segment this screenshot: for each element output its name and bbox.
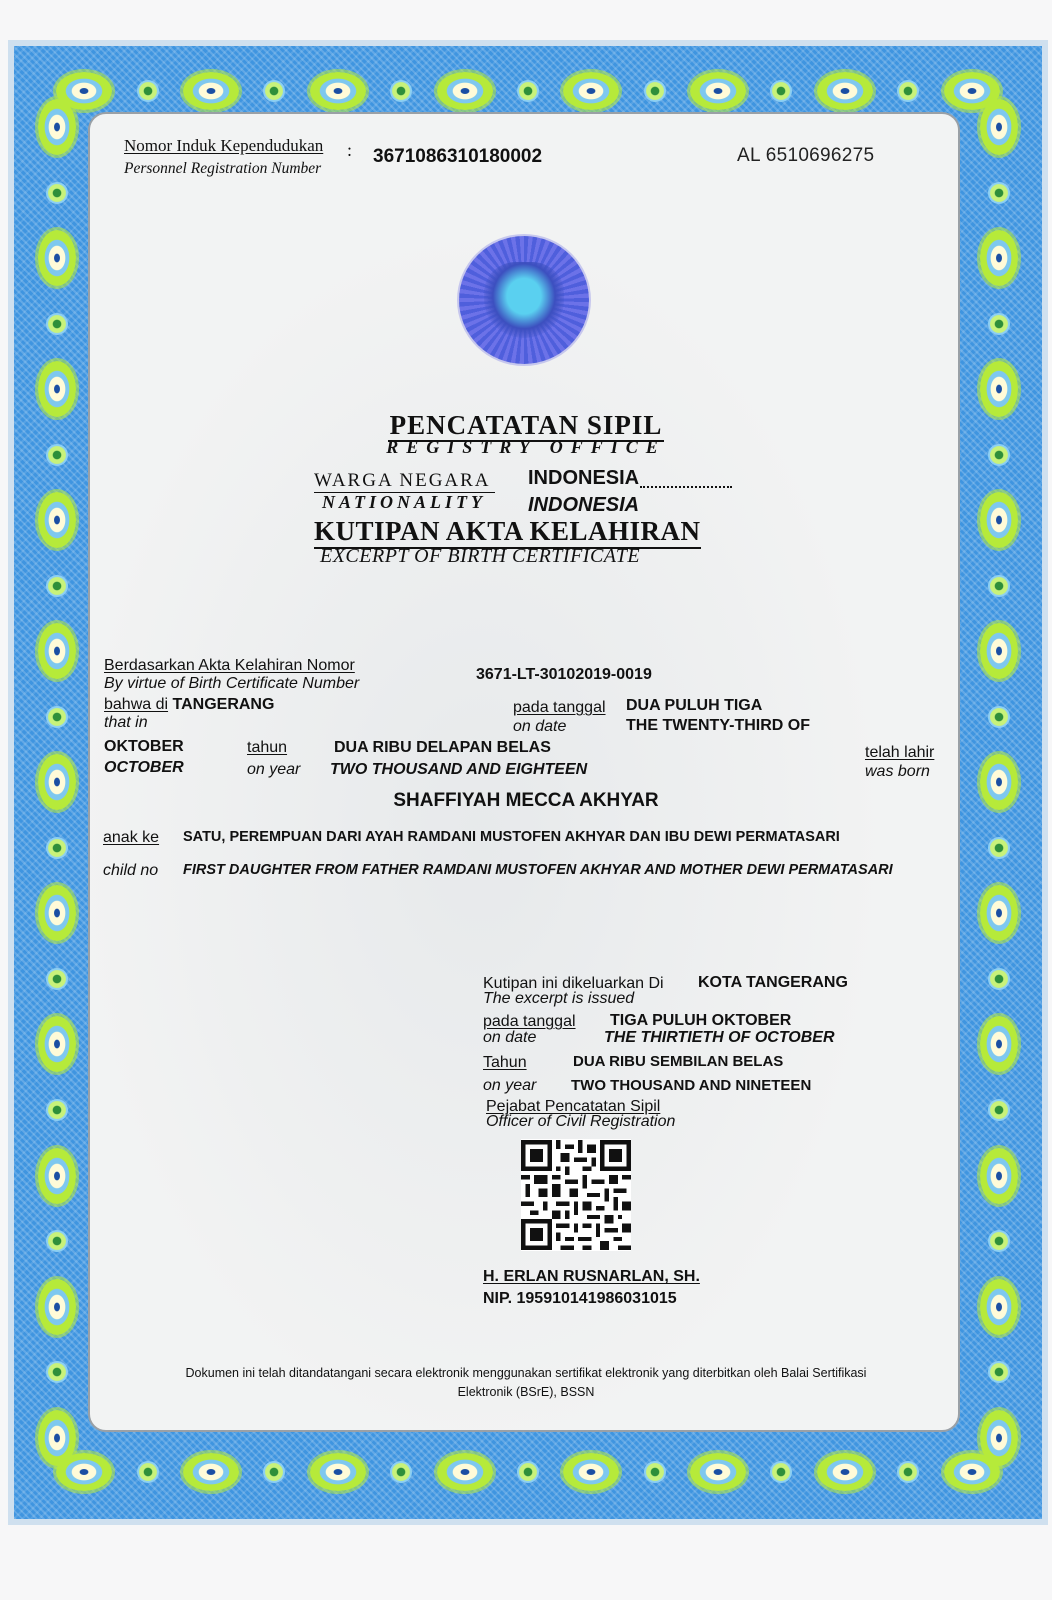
birth-month-en: OCTOBER: [104, 759, 184, 777]
footer-line-1: Dokumen ini telah ditandatangani secara …: [0, 1364, 1052, 1383]
birth-date-value: DUA PULUH TIGA: [626, 697, 762, 715]
footer-line-2: Elektronik (BSrE), BSSN: [0, 1383, 1052, 1402]
nationality-label: WARGA NEGARA: [314, 470, 495, 493]
born-label-en: was born: [865, 763, 930, 781]
nationality-label-en: NATIONALITY: [322, 492, 486, 513]
birth-month: OKTOBER: [104, 738, 184, 756]
cert-number-label: Berdasarkan Akta Kelahiran Nomor: [104, 657, 355, 675]
issue-year-label-en: on year: [483, 1077, 536, 1095]
border-ornament-bottom: [44, 1437, 1012, 1507]
officer-label-en: Officer of Civil Registration: [486, 1113, 675, 1131]
place-row: bahwa di TANGERANG: [104, 696, 274, 714]
border-ornament-right: [964, 86, 1034, 1479]
nationality-dotted-line: [640, 486, 732, 488]
nationality-value-en: INDONESIA: [528, 494, 639, 517]
garuda-emblem-icon: [459, 236, 589, 364]
nik-value: 3671086310180002: [373, 146, 542, 168]
child-description-en: FIRST DAUGHTER FROM FATHER RAMDANI MUSTO…: [183, 862, 893, 878]
place-label-en: that in: [104, 714, 148, 732]
birth-date-label-en: on date: [513, 718, 566, 736]
qr-code-icon: [521, 1139, 631, 1251]
nationality-value: INDONESIA: [528, 467, 639, 490]
cert-number-label-en: By virtue of Birth Certificate Number: [104, 675, 359, 693]
child-no-label-en: child no: [103, 862, 158, 880]
serial-number: AL 6510696275: [737, 145, 874, 167]
issue-year-value-en: TWO THOUSAND AND NINETEEN: [571, 1077, 811, 1094]
issue-date-label-en: on date: [483, 1029, 536, 1047]
cert-number-value: 3671-LT-30102019-0019: [476, 666, 652, 684]
issue-date-value-en: THE THIRTIETH OF OCTOBER: [604, 1029, 835, 1047]
issued-label-en: The excerpt is issued: [483, 990, 634, 1008]
document-title-en: EXCERPT OF BIRTH CERTIFICATE: [320, 545, 640, 568]
child-no-label: anak ke: [103, 829, 159, 847]
issue-year-label: Tahun: [483, 1054, 527, 1072]
officer-nip: NIP. 195910141986031015: [483, 1290, 677, 1308]
nik-label-en: Personnel Registration Number: [124, 160, 321, 178]
birth-year-value-en: TWO THOUSAND AND EIGHTEEN: [330, 761, 587, 779]
child-description: SATU, PEREMPUAN DARI AYAH RAMDANI MUSTOF…: [183, 829, 840, 845]
issue-year-value: DUA RIBU SEMBILAN BELAS: [573, 1053, 783, 1070]
child-name: SHAFFIYAH MECCA AKHYAR: [0, 790, 1052, 812]
birth-year-value: DUA RIBU DELAPAN BELAS: [334, 739, 551, 757]
nik-label: Nomor Induk Kependudukan: [124, 136, 323, 156]
born-label: telah lahir: [865, 744, 934, 762]
birth-date-value-en: THE TWENTY-THIRD OF: [626, 717, 810, 735]
birth-date-label: pada tanggal: [513, 699, 606, 717]
office-title-en: REGISTRY OFFICE: [0, 437, 1052, 458]
birth-year-label-en: on year: [247, 761, 300, 779]
birth-year-label: tahun: [247, 739, 287, 757]
issued-place: KOTA TANGERANG: [698, 974, 848, 992]
issue-date-value: TIGA PULUH OKTOBER: [610, 1012, 791, 1030]
officer-name: H. ERLAN RUSNARLAN, SH.: [483, 1268, 700, 1286]
nik-colon: :: [347, 140, 352, 161]
place-label: bahwa di: [104, 696, 168, 713]
border-ornament-left: [22, 86, 92, 1479]
place-value: TANGERANG: [173, 696, 275, 713]
electronic-signature-note: Dokumen ini telah ditandatangani secara …: [0, 1364, 1052, 1402]
